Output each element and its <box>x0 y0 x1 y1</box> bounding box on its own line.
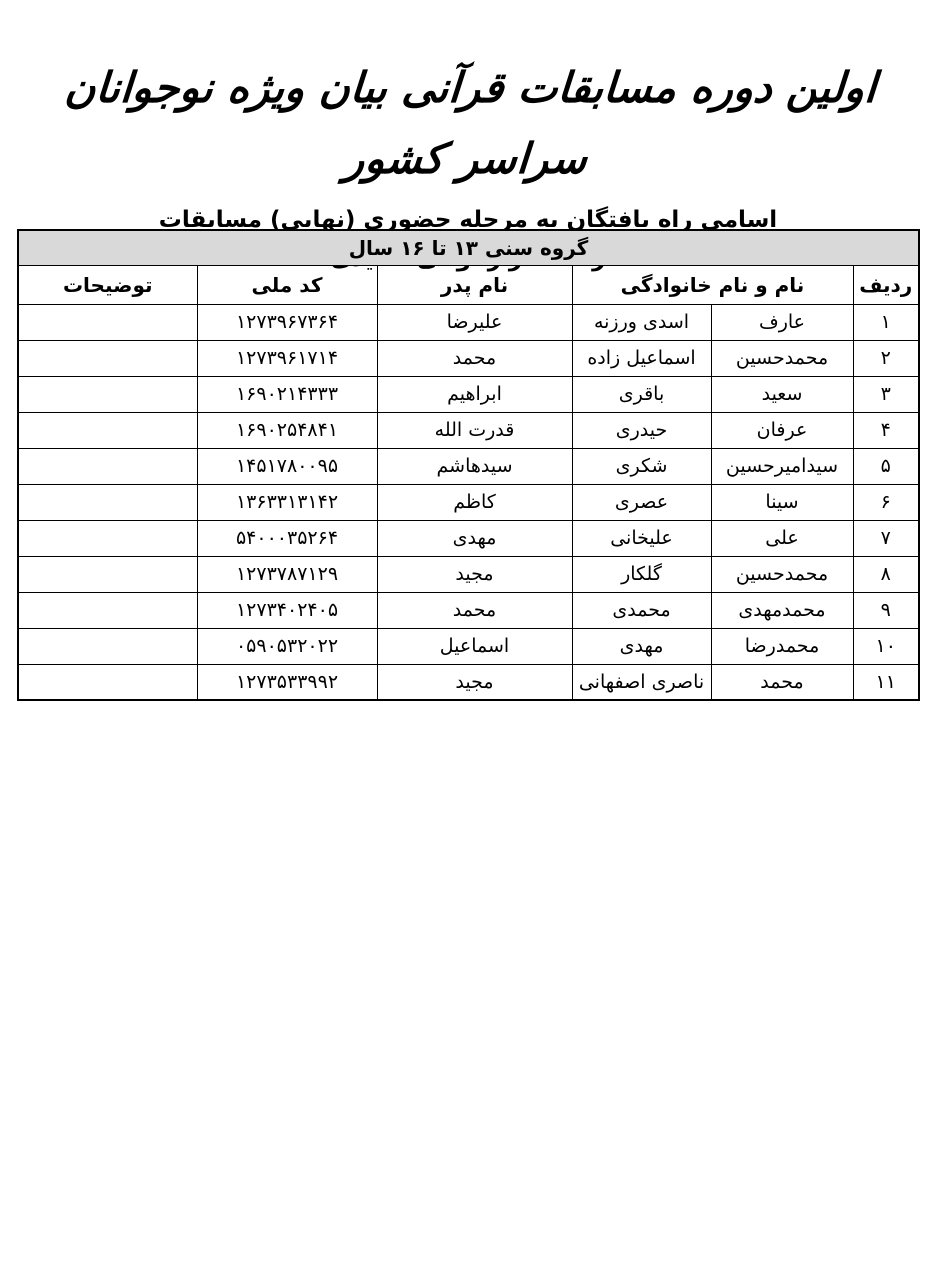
cell-row-number: ۸ <box>848 556 914 592</box>
col-header-full-name: نام و نام خانوادگی <box>567 265 848 304</box>
col-header-national-id: کد ملی <box>192 265 372 304</box>
cell-first-name: سینا <box>706 484 848 520</box>
cell-notes <box>13 484 192 520</box>
cell-first-name: محمدحسین <box>706 556 848 592</box>
cell-last-name: عصری <box>567 484 706 520</box>
table-row-5: ۵ سیدامیرحسین شکری سیدهاشم ۱۴۵۱۷۸۰۰۹۵ <box>13 448 914 484</box>
cell-notes <box>13 304 192 340</box>
cell-national-id: ۱۲۷۳۵۳۳۹۹۲ <box>192 664 372 700</box>
cell-last-name: اسماعیل زاده <box>567 340 706 376</box>
cell-first-name: عارف <box>706 304 848 340</box>
cell-notes <box>13 628 192 664</box>
table-header-row: ردیف نام و نام خانوادگی نام پدر کد ملی ت… <box>13 265 914 304</box>
table-row-7: ۷ علی علیخانی مهدی ۵۴۰۰۰۳۵۲۶۴ <box>13 520 914 556</box>
table-row-2: ۲ محمدحسین اسماعیل زاده محمد ۱۲۷۳۹۶۱۷۱۴ <box>13 340 914 376</box>
table-row-8: ۸ محمدحسین گلکار مجید ۱۲۷۳۷۸۷۱۲۹ <box>13 556 914 592</box>
cell-notes <box>13 340 192 376</box>
col-header-notes: توضیحات <box>13 265 192 304</box>
cell-notes <box>13 592 192 628</box>
cell-father-name: علیرضا <box>372 304 567 340</box>
cell-last-name: مهدی <box>567 628 706 664</box>
cell-first-name: علی <box>706 520 848 556</box>
cell-last-name: گلکار <box>567 556 706 592</box>
cell-first-name: سعید <box>706 376 848 412</box>
cell-first-name: محمد <box>706 664 848 700</box>
cell-notes <box>13 376 192 412</box>
cell-last-name: شکری <box>567 448 706 484</box>
age-group-band-row: گروه سنی ۱۳ تا ۱۶ سال <box>13 230 914 265</box>
cell-last-name: حیدری <box>567 412 706 448</box>
cell-national-id: ۱۴۵۱۷۸۰۰۹۵ <box>192 448 372 484</box>
table-row-4: ۴ عرفان حیدری قدرت الله ۱۶۹۰۲۵۴۸۴۱ <box>13 412 914 448</box>
cell-father-name: ابراهیم <box>372 376 567 412</box>
cell-national-id: ۱۲۷۳۹۶۷۳۶۴ <box>192 304 372 340</box>
table-row-3: ۳ سعید باقری ابراهیم ۱۶۹۰۲۱۴۳۳۳ <box>13 376 914 412</box>
cell-notes <box>13 412 192 448</box>
cell-national-id: ۱۲۷۳۷۸۷۱۲۹ <box>192 556 372 592</box>
cell-father-name: قدرت الله <box>372 412 567 448</box>
cell-row-number: ۱ <box>848 304 914 340</box>
table-row-1: ۱ عارف اسدی ورزنه علیرضا ۱۲۷۳۹۶۷۳۶۴ <box>13 304 914 340</box>
cell-national-id: ۵۴۰۰۰۳۵۲۶۴ <box>192 520 372 556</box>
results-table: گروه سنی ۱۳ تا ۱۶ سال ردیف نام و نام خان… <box>12 229 915 701</box>
cell-notes <box>13 448 192 484</box>
table-body: ۱ عارف اسدی ورزنه علیرضا ۱۲۷۳۹۶۷۳۶۴ ۲ مح… <box>13 304 914 700</box>
cell-last-name: ناصری اصفهانی <box>567 664 706 700</box>
col-header-father-name: نام پدر <box>372 265 567 304</box>
cell-father-name: مجید <box>372 664 567 700</box>
cell-father-name: اسماعیل <box>372 628 567 664</box>
cell-father-name: سیدهاشم <box>372 448 567 484</box>
cell-father-name: محمد <box>372 592 567 628</box>
cell-national-id: ۱۶۹۰۲۵۴۸۴۱ <box>192 412 372 448</box>
cell-father-name: مجید <box>372 556 567 592</box>
cell-row-number: ۳ <box>848 376 914 412</box>
cell-first-name: عرفان <box>706 412 848 448</box>
cell-national-id: ۱۶۹۰۲۱۴۳۳۳ <box>192 376 372 412</box>
cell-last-name: محمدی <box>567 592 706 628</box>
cell-first-name: محمدحسین <box>706 340 848 376</box>
cell-first-name: سیدامیرحسین <box>706 448 848 484</box>
cell-national-id: ۱۳۶۳۳۱۳۱۴۲ <box>192 484 372 520</box>
table-row-10: ۱۰ محمدرضا مهدی اسماعیل ۰۵۹۰۵۳۲۰۲۲ <box>13 628 914 664</box>
document-page: اولین دوره مسابقات قرآنی بیان ویژه نوجوا… <box>0 0 926 1280</box>
table-row-9: ۹ محمدمهدی محمدی محمد ۱۲۷۳۴۰۲۴۰۵ <box>13 592 914 628</box>
cell-notes <box>13 664 192 700</box>
cell-national-id: ۱۲۷۳۹۶۱۷۱۴ <box>192 340 372 376</box>
cell-notes <box>13 556 192 592</box>
cell-row-number: ۹ <box>848 592 914 628</box>
age-group-band: گروه سنی ۱۳ تا ۱۶ سال <box>13 230 914 265</box>
table-row-11: ۱۱ محمد ناصری اصفهانی مجید ۱۲۷۳۵۳۳۹۹۲ <box>13 664 914 700</box>
cell-row-number: ۲ <box>848 340 914 376</box>
cell-national-id: ۱۲۷۳۴۰۲۴۰۵ <box>192 592 372 628</box>
cell-last-name: علیخانی <box>567 520 706 556</box>
cell-first-name: محمدرضا <box>706 628 848 664</box>
cell-father-name: مهدی <box>372 520 567 556</box>
cell-father-name: کاظم <box>372 484 567 520</box>
cell-national-id: ۰۵۹۰۵۳۲۰۲۲ <box>192 628 372 664</box>
cell-row-number: ۱۱ <box>848 664 914 700</box>
cell-row-number: ۶ <box>848 484 914 520</box>
cell-last-name: باقری <box>567 376 706 412</box>
cell-row-number: ۷ <box>848 520 914 556</box>
cell-row-number: ۵ <box>848 448 914 484</box>
cell-father-name: محمد <box>372 340 567 376</box>
cell-row-number: ۴ <box>848 412 914 448</box>
cell-row-number: ۱۰ <box>848 628 914 664</box>
cell-first-name: محمدمهدی <box>706 592 848 628</box>
cell-notes <box>13 520 192 556</box>
table-row-6: ۶ سینا عصری کاظم ۱۳۶۳۳۱۳۱۴۲ <box>13 484 914 520</box>
calligraphy-title: اولین دوره مسابقات قرآنی بیان ویژه نوجوا… <box>0 52 926 195</box>
col-header-row-number: ردیف <box>848 265 914 304</box>
cell-last-name: اسدی ورزنه <box>567 304 706 340</box>
